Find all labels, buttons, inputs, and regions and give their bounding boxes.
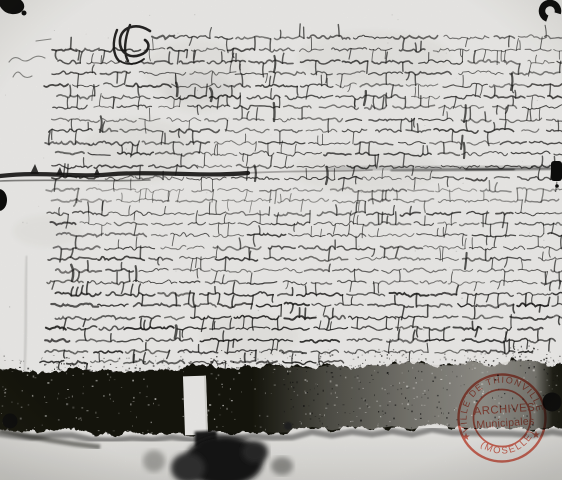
speck [454, 409, 455, 411]
speck [422, 393, 424, 394]
speck [254, 357, 256, 358]
speck [281, 364, 282, 365]
speck [520, 359, 521, 360]
dust [537, 100, 538, 101]
speck [449, 383, 450, 385]
speck [483, 391, 484, 393]
speck [230, 388, 231, 390]
speck [98, 430, 100, 431]
speck [303, 367, 305, 368]
speck [255, 426, 256, 427]
dust [463, 183, 464, 184]
speck [151, 422, 152, 423]
speck [445, 359, 446, 360]
speck [260, 415, 261, 417]
dust [456, 78, 457, 79]
speck [12, 360, 14, 361]
speck [17, 403, 18, 405]
speck [210, 351, 212, 352]
speck [422, 397, 423, 399]
speck [378, 423, 379, 424]
speck [295, 362, 296, 364]
speck [461, 386, 462, 387]
speck [466, 361, 468, 363]
speck [454, 408, 455, 409]
speck [485, 353, 486, 355]
speck [558, 411, 560, 412]
dust [401, 342, 402, 343]
speck [44, 364, 45, 366]
speck [60, 369, 61, 371]
speck [327, 426, 328, 427]
speck [210, 361, 212, 363]
speck [345, 412, 346, 413]
speck [79, 368, 80, 369]
speck [320, 365, 321, 367]
speck [144, 361, 146, 363]
speck [543, 359, 545, 361]
speck [75, 369, 76, 371]
speck [325, 408, 327, 409]
speck [122, 366, 123, 367]
pen-flourish [374, 282, 375, 294]
speck [128, 358, 129, 359]
speck [222, 426, 224, 427]
pen-flourish [386, 190, 387, 199]
speck [540, 392, 542, 393]
speck [279, 364, 280, 365]
speck [110, 364, 111, 365]
speck [530, 360, 532, 361]
speck [2, 405, 4, 407]
speck [424, 390, 426, 391]
speck [362, 388, 364, 389]
speck [27, 375, 28, 376]
speck [283, 423, 284, 424]
speck [403, 382, 404, 383]
speck [146, 396, 148, 397]
speck [545, 362, 546, 363]
speck [408, 409, 410, 410]
speck [487, 371, 488, 373]
speck [329, 363, 330, 364]
speck [554, 362, 556, 363]
speck [87, 369, 89, 371]
speck [431, 373, 433, 375]
speck [135, 367, 137, 369]
dust [443, 61, 444, 62]
speck [96, 380, 98, 382]
speck [23, 361, 24, 362]
speck [365, 400, 366, 402]
speck [533, 369, 535, 371]
speck [317, 364, 319, 366]
pen-flourish [194, 50, 195, 63]
dust [415, 250, 416, 251]
speck [45, 415, 47, 417]
dust [424, 125, 425, 126]
speck [12, 371, 14, 372]
dust [126, 149, 127, 150]
speck [408, 400, 409, 401]
speck [136, 416, 137, 418]
speck [474, 401, 476, 403]
speck [231, 367, 232, 369]
pen-flourish [83, 158, 84, 167]
speck [357, 378, 359, 379]
speck [4, 360, 6, 361]
speck [529, 346, 530, 347]
speck [118, 413, 119, 415]
speck [386, 425, 388, 427]
speck [214, 419, 215, 420]
speck [46, 402, 48, 403]
speck [387, 354, 388, 356]
dust [534, 95, 535, 96]
speck [534, 366, 535, 368]
speck [358, 365, 360, 367]
speck [517, 349, 518, 350]
speck [494, 399, 496, 400]
speck [498, 396, 499, 397]
speck [510, 347, 511, 348]
dust [397, 19, 398, 20]
dust [328, 349, 329, 350]
speck [359, 388, 360, 389]
speck [337, 412, 338, 413]
speck [548, 362, 549, 363]
speck [95, 370, 97, 371]
speck [512, 357, 513, 359]
speck [221, 350, 222, 351]
speck [133, 397, 135, 399]
stamp-star-right: ★ [532, 430, 541, 441]
speck [148, 430, 149, 431]
speck [258, 358, 259, 360]
speck [104, 366, 105, 367]
dust [60, 124, 61, 125]
speck [69, 369, 70, 370]
speck [365, 360, 366, 361]
speck [393, 349, 394, 350]
speck [227, 408, 228, 410]
speck [399, 361, 401, 363]
speck [456, 376, 457, 378]
speck [479, 361, 481, 362]
dust [27, 223, 28, 224]
speck [125, 370, 126, 371]
speck [107, 374, 108, 376]
speck [127, 370, 128, 371]
speck [260, 427, 262, 428]
speck [292, 358, 293, 359]
speck [378, 411, 379, 412]
speck [72, 407, 74, 409]
speck [440, 359, 441, 361]
speck [292, 366, 293, 368]
pen-flourish [474, 307, 475, 318]
speck [279, 363, 280, 364]
speck [413, 398, 415, 399]
speck [446, 389, 447, 390]
speck [92, 386, 94, 387]
hand-shadow-lobe4 [143, 450, 165, 472]
speck [51, 370, 52, 371]
speck [320, 356, 321, 358]
speck [307, 392, 308, 393]
hand-shadow-lobe3 [271, 457, 293, 475]
speck [559, 360, 560, 361]
speck [129, 368, 131, 369]
speck [76, 417, 77, 418]
speck [535, 377, 536, 378]
speck [332, 388, 333, 390]
speck [319, 418, 320, 419]
speck [515, 357, 516, 359]
dust [66, 142, 67, 143]
speck [151, 432, 153, 433]
dust [5, 95, 6, 96]
speck [468, 358, 469, 360]
paper-strip [183, 376, 208, 436]
speck [302, 352, 304, 354]
speck [313, 400, 314, 402]
speck [527, 360, 528, 361]
speck [204, 353, 205, 354]
speck [395, 404, 397, 406]
speck [41, 359, 42, 360]
speck [26, 429, 27, 430]
speck [553, 360, 554, 362]
dust [420, 62, 421, 63]
speck [481, 353, 482, 355]
speck [351, 421, 353, 422]
speck [4, 355, 5, 357]
speck [315, 384, 316, 385]
speck [296, 381, 297, 383]
dust [556, 225, 557, 226]
stamp-center-text: ARCHIVES Municipales [473, 402, 536, 432]
speck [244, 364, 246, 366]
speck [109, 372, 110, 374]
speck [464, 384, 465, 385]
speck [440, 379, 442, 380]
speck [546, 358, 548, 359]
speck [546, 363, 547, 364]
dust [38, 206, 39, 207]
speck [169, 368, 170, 369]
dust [197, 90, 198, 91]
speck [391, 355, 392, 356]
blob-bottom-left [3, 414, 18, 429]
speck [396, 351, 397, 352]
speck [556, 385, 558, 386]
speck [268, 361, 269, 362]
speck [520, 360, 521, 362]
speck [374, 370, 375, 371]
speck [555, 377, 556, 379]
speck [446, 360, 447, 361]
speck [334, 405, 336, 406]
speck [482, 393, 484, 395]
speck [371, 375, 372, 376]
speck [153, 403, 154, 405]
speck [139, 368, 141, 370]
speck [353, 411, 354, 412]
speck [272, 363, 273, 364]
speck [34, 377, 36, 378]
pen-flourish-tall [274, 103, 275, 121]
speck [388, 352, 389, 354]
speck [289, 356, 291, 357]
speck [251, 379, 252, 381]
dust [149, 15, 150, 16]
speck [324, 414, 325, 416]
speck [343, 404, 345, 405]
speck [275, 362, 276, 364]
dust [423, 329, 424, 330]
speck [501, 397, 503, 398]
speck [56, 367, 58, 369]
speck [540, 360, 542, 361]
dust [506, 264, 507, 265]
speck [265, 429, 266, 431]
speck [459, 363, 460, 364]
speck [452, 371, 453, 372]
dust [258, 310, 259, 311]
speck [426, 360, 427, 361]
speck [388, 374, 389, 375]
speck [217, 426, 218, 428]
speck [327, 353, 328, 354]
speck [529, 363, 531, 364]
speck [448, 363, 449, 364]
speck [275, 365, 276, 367]
speck [525, 372, 526, 374]
speck [299, 421, 301, 422]
speck [317, 385, 318, 387]
speck [4, 390, 5, 391]
speck [263, 378, 264, 380]
speck [182, 359, 183, 360]
speck [51, 379, 53, 380]
edge-blob-right [551, 161, 562, 181]
dust [522, 349, 523, 350]
speck [190, 361, 192, 363]
speck [454, 360, 456, 362]
speck [351, 398, 352, 399]
speck [378, 372, 379, 374]
dust [389, 338, 390, 339]
speck [412, 405, 413, 406]
speck [119, 358, 120, 360]
speck [444, 354, 445, 355]
speck [416, 382, 417, 383]
speck [469, 360, 470, 361]
dust [228, 258, 229, 259]
pen-flourish-tall [176, 83, 177, 96]
speck [381, 355, 382, 357]
speck [356, 416, 357, 417]
speck [33, 376, 35, 378]
speck [222, 362, 224, 364]
speck [83, 393, 84, 395]
speck [155, 356, 157, 357]
pen-flourish-tall [136, 266, 137, 281]
speck [218, 374, 220, 376]
speck [375, 351, 376, 353]
speck [54, 369, 55, 370]
speck [448, 412, 449, 414]
speck [526, 357, 528, 358]
speck [226, 363, 227, 364]
speck [297, 395, 298, 396]
dust [316, 315, 317, 316]
speck [57, 369, 58, 370]
speck [424, 405, 426, 406]
dust [456, 251, 457, 252]
speck [335, 392, 336, 394]
speck [499, 362, 500, 364]
speck [360, 366, 361, 367]
pen-flourish [277, 318, 278, 329]
speck [368, 352, 369, 354]
paper-strip-body [183, 376, 208, 436]
speck [305, 392, 307, 394]
speck [210, 358, 212, 359]
speck [20, 362, 21, 364]
speck [291, 399, 292, 400]
speck [418, 371, 419, 372]
speck [58, 393, 59, 395]
speck [121, 387, 122, 388]
dust [446, 53, 447, 54]
speck [222, 386, 223, 387]
speck [179, 366, 181, 367]
speck [139, 370, 141, 371]
speck [362, 363, 363, 364]
speck [229, 399, 230, 400]
dust [228, 118, 229, 119]
speck [42, 425, 43, 426]
dust [176, 271, 177, 272]
speck [292, 424, 293, 425]
pen-flourish [414, 119, 415, 128]
speck [546, 372, 547, 373]
paper-wash [13, 215, 81, 247]
speck [72, 375, 74, 376]
speck [139, 392, 141, 393]
speck [554, 373, 555, 374]
speck [553, 364, 554, 366]
speck [297, 362, 298, 363]
speck [369, 382, 370, 383]
speck [559, 356, 560, 357]
speck [549, 413, 550, 414]
speck [243, 367, 245, 368]
speck [213, 359, 215, 360]
speck [83, 386, 84, 387]
speck [374, 394, 375, 396]
speck [369, 407, 371, 408]
speck [557, 375, 558, 376]
speck [292, 364, 293, 365]
dust [481, 295, 482, 296]
speck [419, 362, 420, 363]
speck [291, 408, 292, 409]
speck [218, 394, 220, 396]
speck [109, 380, 110, 381]
